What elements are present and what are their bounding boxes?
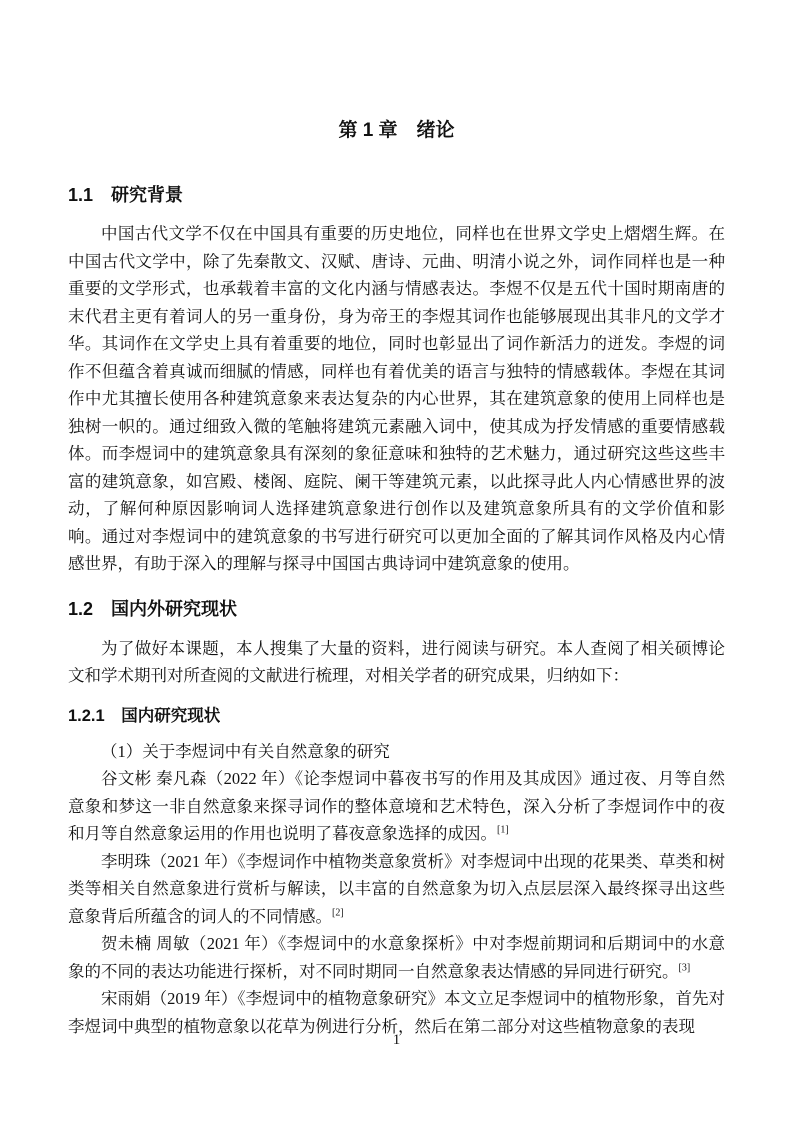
citation-marker: [3] [679,962,691,973]
section-1-2-paragraph: 为了做好本课题，本人搜集了大量的资料，进行阅读与研究。本人查阅了相关硕博论文和学… [68,635,725,690]
reference-text: 谷文彬 秦凡森（2022 年）《论李煜词中暮夜书写的作用及其成因》通过夜、月等自… [68,769,725,843]
section-1-1-heading: 1.1 研究背景 [68,182,725,208]
document-content: 第 1 章 绪论 1.1 研究背景 中国古代文学不仅在中国具有重要的历史地位，同… [68,0,725,1040]
reference-text: 宋雨娟（2019 年）《李煜词中的植物意象研究》本文立足李煜词中的植物形象，首先… [68,989,725,1036]
citation-marker: [1] [497,825,509,836]
reference-text: 李明珠（2021 年）《李煜词作中植物类意象赏析》对李煜词中出现的花果类、草类和… [68,852,725,926]
page-number: 1 [0,1030,793,1050]
document-page: 第 1 章 绪论 1.1 研究背景 中国古代文学不仅在中国具有重要的历史地位，同… [0,0,793,1122]
section-1-1-paragraph: 中国古代文学不仅在中国具有重要的历史地位，同样也在世界文学史上熠熠生辉。在中国古… [68,220,725,578]
section-1-2-heading: 1.2 国内外研究现状 [68,596,725,622]
reference-text: 贺未楠 周敏（2021 年）《李煜词中的水意象探析》中对李煜前期词和后期词中的水… [68,934,725,981]
citation-marker: [2] [332,907,344,918]
list-item-natural-imagery-label: （1）关于李煜词中有关自然意象的研究 [68,738,725,766]
section-1-2-1-heading: 1.2.1 国内研究现状 [68,704,725,728]
reference-paragraph: 贺未楠 周敏（2021 年）《李煜词中的水意象探析》中对李煜前期词和后期词中的水… [68,930,725,985]
chapter-title: 第 1 章 绪论 [68,0,725,146]
reference-paragraph: 谷文彬 秦凡森（2022 年）《论李煜词中暮夜书写的作用及其成因》通过夜、月等自… [68,765,725,848]
reference-paragraph: 李明珠（2021 年）《李煜词作中植物类意象赏析》对李煜词中出现的花果类、草类和… [68,848,725,931]
